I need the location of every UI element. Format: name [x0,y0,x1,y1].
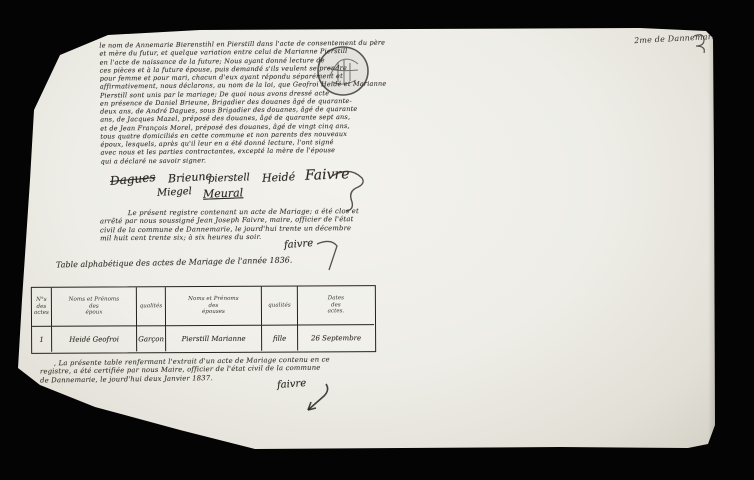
page-number-note: 2me de Dannemarie [634,32,720,45]
table-cell-groom-name: Heidé Geofroi [52,326,137,351]
signature-witness-4: Meural [203,186,244,200]
header-line: qualités [268,302,291,309]
signature-witness-3: Miegel [157,186,192,199]
scanned-registry-screenshot: 2me de Dannemarie le nom de Annemarie Bi… [0,0,754,480]
table-cell-groom-status: Garçon [137,326,166,351]
table-cell-acte-number: 1 [32,327,52,352]
page-edge-shadow [708,28,718,448]
table-cell-bride-status: fille [262,326,298,351]
header-line: époux [85,310,102,317]
table-header-groom-names: Noms et Prénoms des époux [52,287,137,326]
cell-value: 26 Septembre [311,334,361,342]
table-certification-text: , La présente table renfermant l'extrait… [40,354,400,384]
table-cell-bride-name: Pierstill Marianne [166,326,262,352]
signature-bride: pierstell [208,172,250,184]
cell-value: Garçon [138,335,164,343]
signature-mayor-closing: faivre [284,238,314,251]
signature-witness-1: Dagues [109,170,156,188]
closing-line: mil huit cent trente six; à six heures d… [100,232,402,243]
marriage-act-text: le nom de Annemarie Bierenstihl en Piers… [99,38,400,165]
signature-witness-2: Brieune [168,169,213,185]
header-line: actes [34,310,49,317]
cell-value: fille [273,334,286,342]
table-cell-acte-date: 26 Septembre [298,325,374,350]
header-line: épouses [202,309,225,316]
signature-groom: Heidé [262,170,296,185]
table-header-bride-names: Noms et Prénoms des épouses [166,287,262,327]
signature-mayor-certification: faivre [277,378,307,391]
table-header-acte-number: N°s des actes [32,288,52,327]
table-heading: Table alphabétique des actes de Mariage … [56,256,293,270]
table-header-bride-status: qualités [262,287,298,326]
closing-signature-flourish-icon [315,238,341,272]
marriage-index-table: N°s des actes Noms et Prénoms des époux … [31,285,376,354]
cell-value: Pierstill Marianne [182,334,246,342]
registry-page: 2me de Dannemarie le nom de Annemarie Bi… [0,0,754,480]
header-line: qualités [140,303,163,310]
signature-mayor: Faivre [305,166,350,184]
cell-value: 1 [39,335,44,343]
register-closing-text: Le présent registre contenant un acte de… [100,207,402,243]
header-line: actes. [328,309,345,316]
table-header-acte-date: Dates des actes. [298,286,374,325]
cell-value: Heidé Geofroi [69,335,119,343]
table-header-groom-status: qualités [137,287,166,326]
